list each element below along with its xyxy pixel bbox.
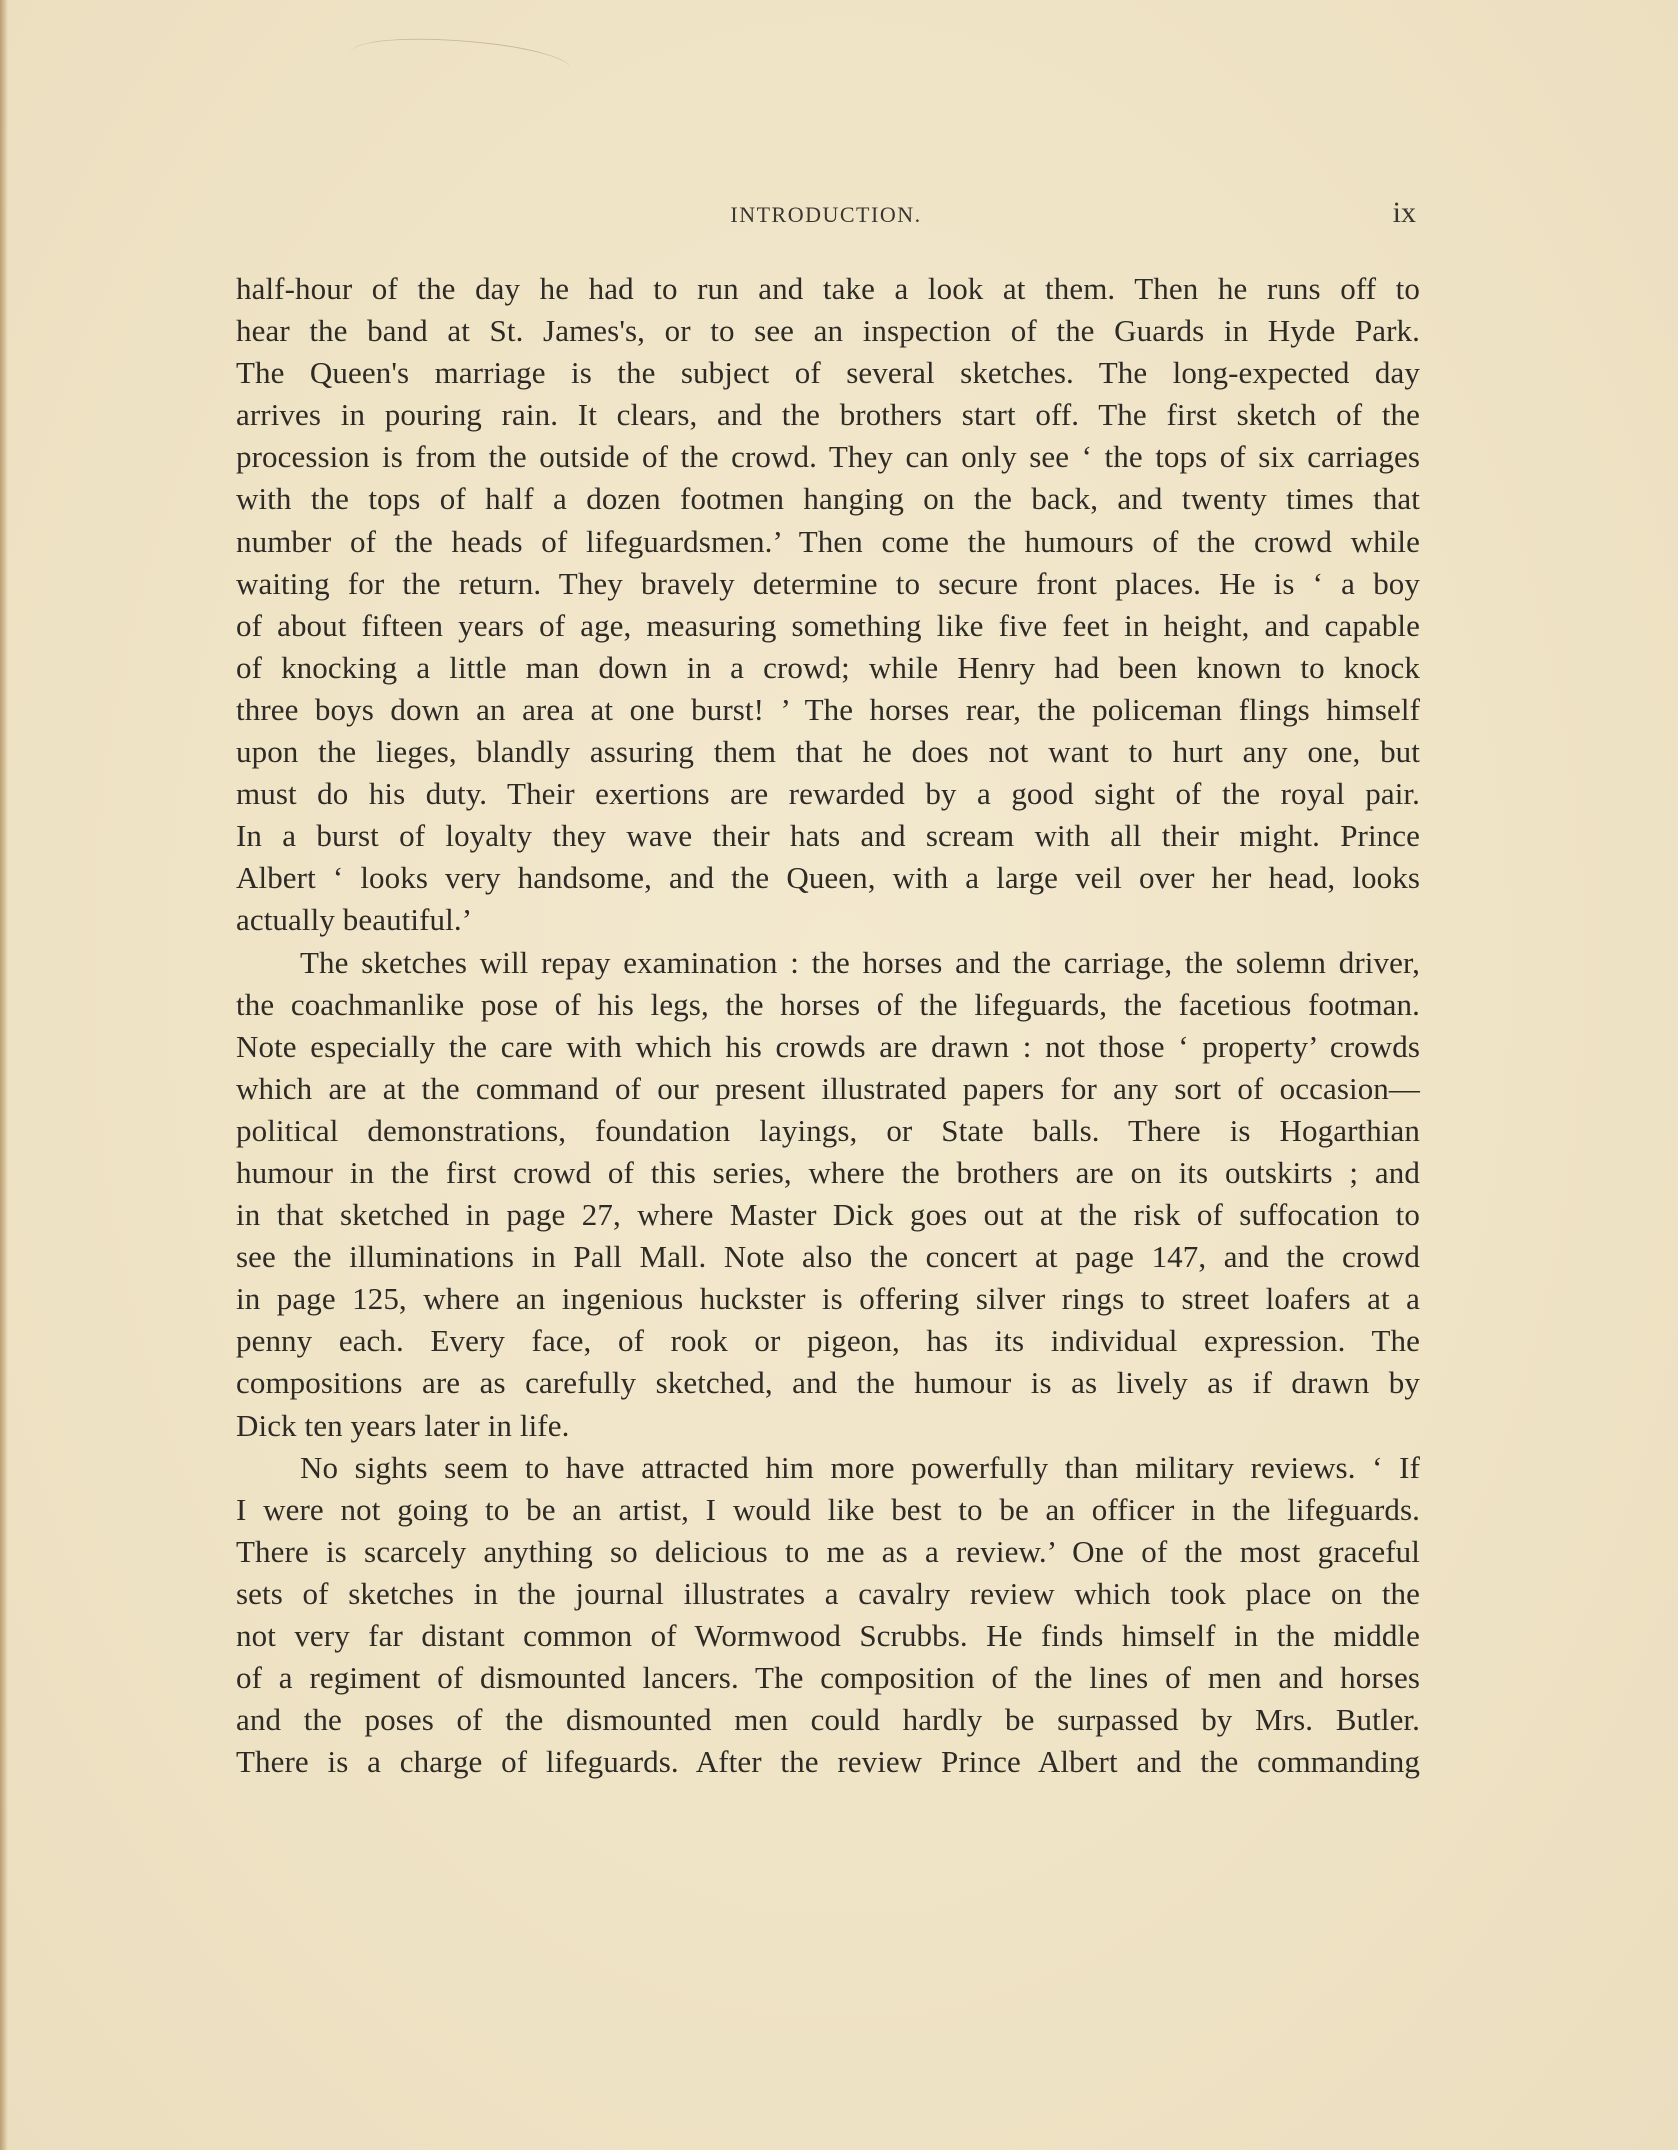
- text-line: number of the heads of lifeguardsmen.’ T…: [236, 521, 1420, 563]
- running-header: INTRODUCTION. ix: [236, 196, 1416, 236]
- text-line: humour in the first crowd of this series…: [236, 1152, 1420, 1194]
- text-line: three boys down an area at one burst! ’ …: [236, 689, 1420, 731]
- text-line: waiting for the return. They bravely det…: [236, 563, 1420, 605]
- text-line: There is scarcely anything so delicious …: [236, 1531, 1420, 1573]
- body-text: half-hour of the day he had to run and t…: [236, 268, 1420, 1783]
- paper-crease-mark: [348, 29, 571, 93]
- page-number: ix: [1393, 196, 1416, 230]
- text-line: In a burst of loyalty they wave their ha…: [236, 815, 1420, 857]
- text-line: I were not going to be an artist, I woul…: [236, 1489, 1420, 1531]
- text-line: the coachmanlike pose of his legs, the h…: [236, 984, 1420, 1026]
- text-line: in that sketched in page 27, where Maste…: [236, 1194, 1420, 1236]
- text-line: penny each. Every face, of rook or pigeo…: [236, 1320, 1420, 1362]
- text-line: which are at the command of our present …: [236, 1068, 1420, 1110]
- text-line: Albert ‘ looks very handsome, and the Qu…: [236, 857, 1420, 899]
- text-line: The Queen's marriage is the subject of s…: [236, 352, 1420, 394]
- page-edge-shadow: [0, 0, 8, 2150]
- text-line: political demonstrations, foundation lay…: [236, 1110, 1420, 1152]
- text-line: of about fifteen years of age, measuring…: [236, 605, 1420, 647]
- paragraph: The sketches will repay examination : th…: [236, 942, 1420, 1447]
- text-line: arrives in pouring rain. It clears, and …: [236, 394, 1420, 436]
- text-line: compositions are as carefully sketched, …: [236, 1362, 1420, 1404]
- running-title: INTRODUCTION.: [236, 202, 1416, 228]
- text-line: Dick ten years later in life.: [236, 1405, 1420, 1447]
- text-line: not very far distant common of Wormwood …: [236, 1615, 1420, 1657]
- paragraph: No sights seem to have attracted him mor…: [236, 1447, 1420, 1784]
- text-line: hear the band at St. James's, or to see …: [236, 310, 1420, 352]
- text-line: see the illuminations in Pall Mall. Note…: [236, 1236, 1420, 1278]
- text-line: No sights seem to have attracted him mor…: [236, 1447, 1420, 1489]
- text-line: upon the lieges, blandly assuring them t…: [236, 731, 1420, 773]
- paragraph: half-hour of the day he had to run and t…: [236, 268, 1420, 942]
- text-line: of knocking a little man down in a crowd…: [236, 647, 1420, 689]
- text-line: actually beautiful.’: [236, 899, 1420, 941]
- text-line: sets of sketches in the journal illustra…: [236, 1573, 1420, 1615]
- scanned-page: INTRODUCTION. ix half-hour of the day he…: [0, 0, 1678, 2150]
- text-line: The sketches will repay examination : th…: [236, 942, 1420, 984]
- text-line: procession is from the outside of the cr…: [236, 436, 1420, 478]
- text-line: must do his duty. Their exertions are re…: [236, 773, 1420, 815]
- text-line: half-hour of the day he had to run and t…: [236, 268, 1420, 310]
- text-line: Note especially the care with which his …: [236, 1026, 1420, 1068]
- text-line: in page 125, where an ingenious huckster…: [236, 1278, 1420, 1320]
- text-line: with the tops of half a dozen footmen ha…: [236, 478, 1420, 520]
- text-line: of a regiment of dismounted lancers. The…: [236, 1657, 1420, 1699]
- text-line: and the poses of the dismounted men coul…: [236, 1699, 1420, 1741]
- text-line: There is a charge of lifeguards. After t…: [236, 1741, 1420, 1783]
